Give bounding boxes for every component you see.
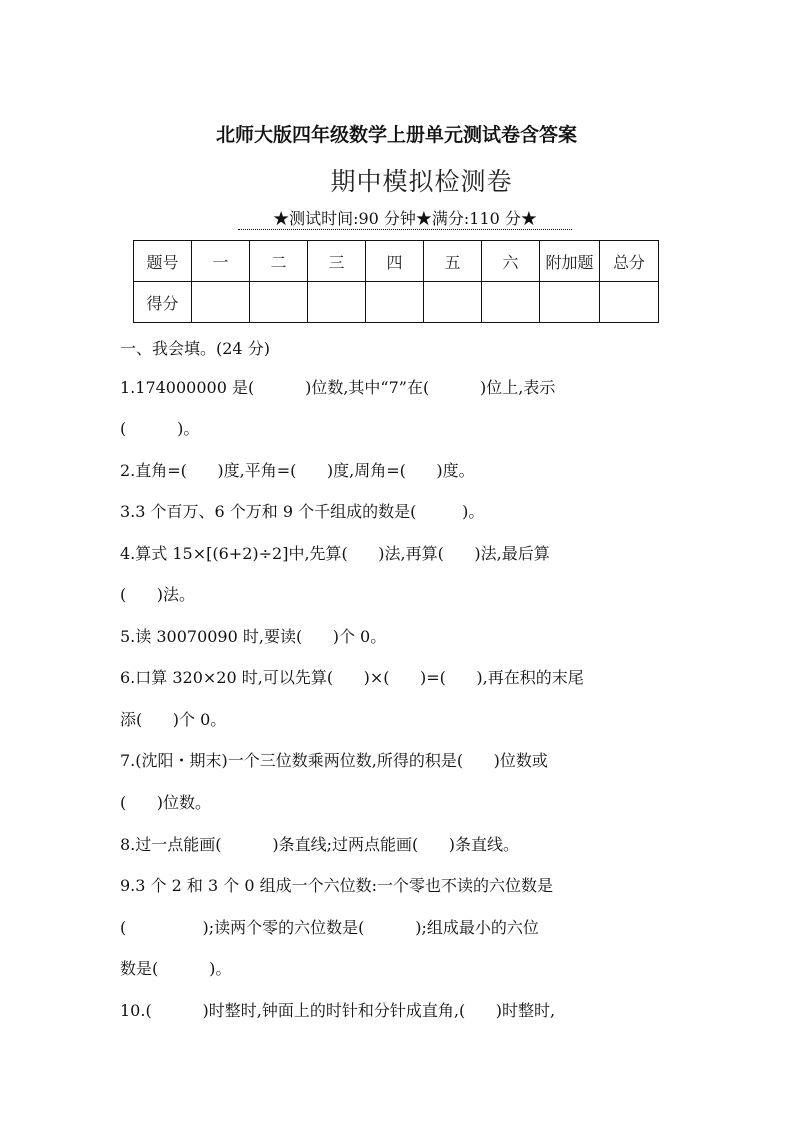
- cell-total: 总分: [600, 241, 659, 282]
- question-line: 3.3 个百万、6 个万和 9 个千组成的数是( )。: [120, 502, 484, 522]
- score-cell-6[interactable]: [482, 282, 540, 323]
- question-line: 5.读 30070090 时,要读( )个 0。: [120, 627, 386, 647]
- question-line: 1.174000000 是( )位数,其中“7”在( )位上,表示: [120, 378, 555, 398]
- question-line: 2.直角=( )度,平角=( )度,周角=( )度。: [120, 461, 475, 481]
- question-line: 9.3 个 2 和 3 个 0 组成一个六位数:一个零也不读的六位数是: [120, 876, 553, 896]
- score-table-header-row: 题号 一 二 三 四 五 六 附加题 总分: [134, 241, 659, 282]
- score-cell-5[interactable]: [424, 282, 482, 323]
- cell-section-5: 五: [424, 241, 482, 282]
- score-cell-3[interactable]: [308, 282, 366, 323]
- cell-label-question-number: 题号: [134, 241, 192, 282]
- exam-meta-line: ★测试时间:90 分钟★满分:110 分★: [238, 209, 572, 230]
- document-title: 北师大版四年级数学上册单元测试卷含答案: [0, 120, 793, 147]
- score-cell-4[interactable]: [366, 282, 424, 323]
- score-cell-2[interactable]: [250, 282, 308, 323]
- question-line: ( );读两个零的六位数是( );组成最小的六位: [120, 918, 539, 938]
- question-line: 4.算式 15×[(6+2)÷2]中,先算( )法,再算( )法,最后算: [120, 544, 550, 564]
- score-cell-bonus[interactable]: [540, 282, 600, 323]
- cell-section-2: 二: [250, 241, 308, 282]
- cell-section-1: 一: [192, 241, 250, 282]
- section-heading: 一、我会填。(24 分): [120, 336, 270, 359]
- question-line: ( )位数。: [120, 793, 211, 813]
- score-table: 题号 一 二 三 四 五 六 附加题 总分 得分: [133, 240, 659, 323]
- question-line: 6.口算 320×20 时,可以先算( )×( )=( ),再在积的末尾: [120, 668, 584, 688]
- exam-page: 北师大版四年级数学上册单元测试卷含答案 期中模拟检测卷 ★测试时间:90 分钟★…: [0, 0, 793, 1122]
- document-subtitle: 期中模拟检测卷: [0, 162, 793, 198]
- cell-section-3: 三: [308, 241, 366, 282]
- question-line: 数是( )。: [120, 959, 231, 979]
- cell-bonus: 附加题: [540, 241, 600, 282]
- question-line: ( )法。: [120, 585, 195, 605]
- cell-section-6: 六: [482, 241, 540, 282]
- cell-label-score: 得分: [134, 282, 192, 323]
- score-cell-1[interactable]: [192, 282, 250, 323]
- question-line: 10.( )时整时,钟面上的时针和分针成直角,( )时整时,: [120, 1001, 555, 1021]
- question-line: 添( )个 0。: [120, 710, 226, 730]
- question-line: 8.过一点能画( )条直线;过两点能画( )条直线。: [120, 835, 519, 855]
- cell-section-4: 四: [366, 241, 424, 282]
- score-cell-total[interactable]: [600, 282, 659, 323]
- score-table-score-row: 得分: [134, 282, 659, 323]
- question-line: ( )。: [120, 419, 199, 439]
- question-line: 7.(沈阳・期末)一个三位数乘两位数,所得的积是( )位数或: [120, 751, 548, 771]
